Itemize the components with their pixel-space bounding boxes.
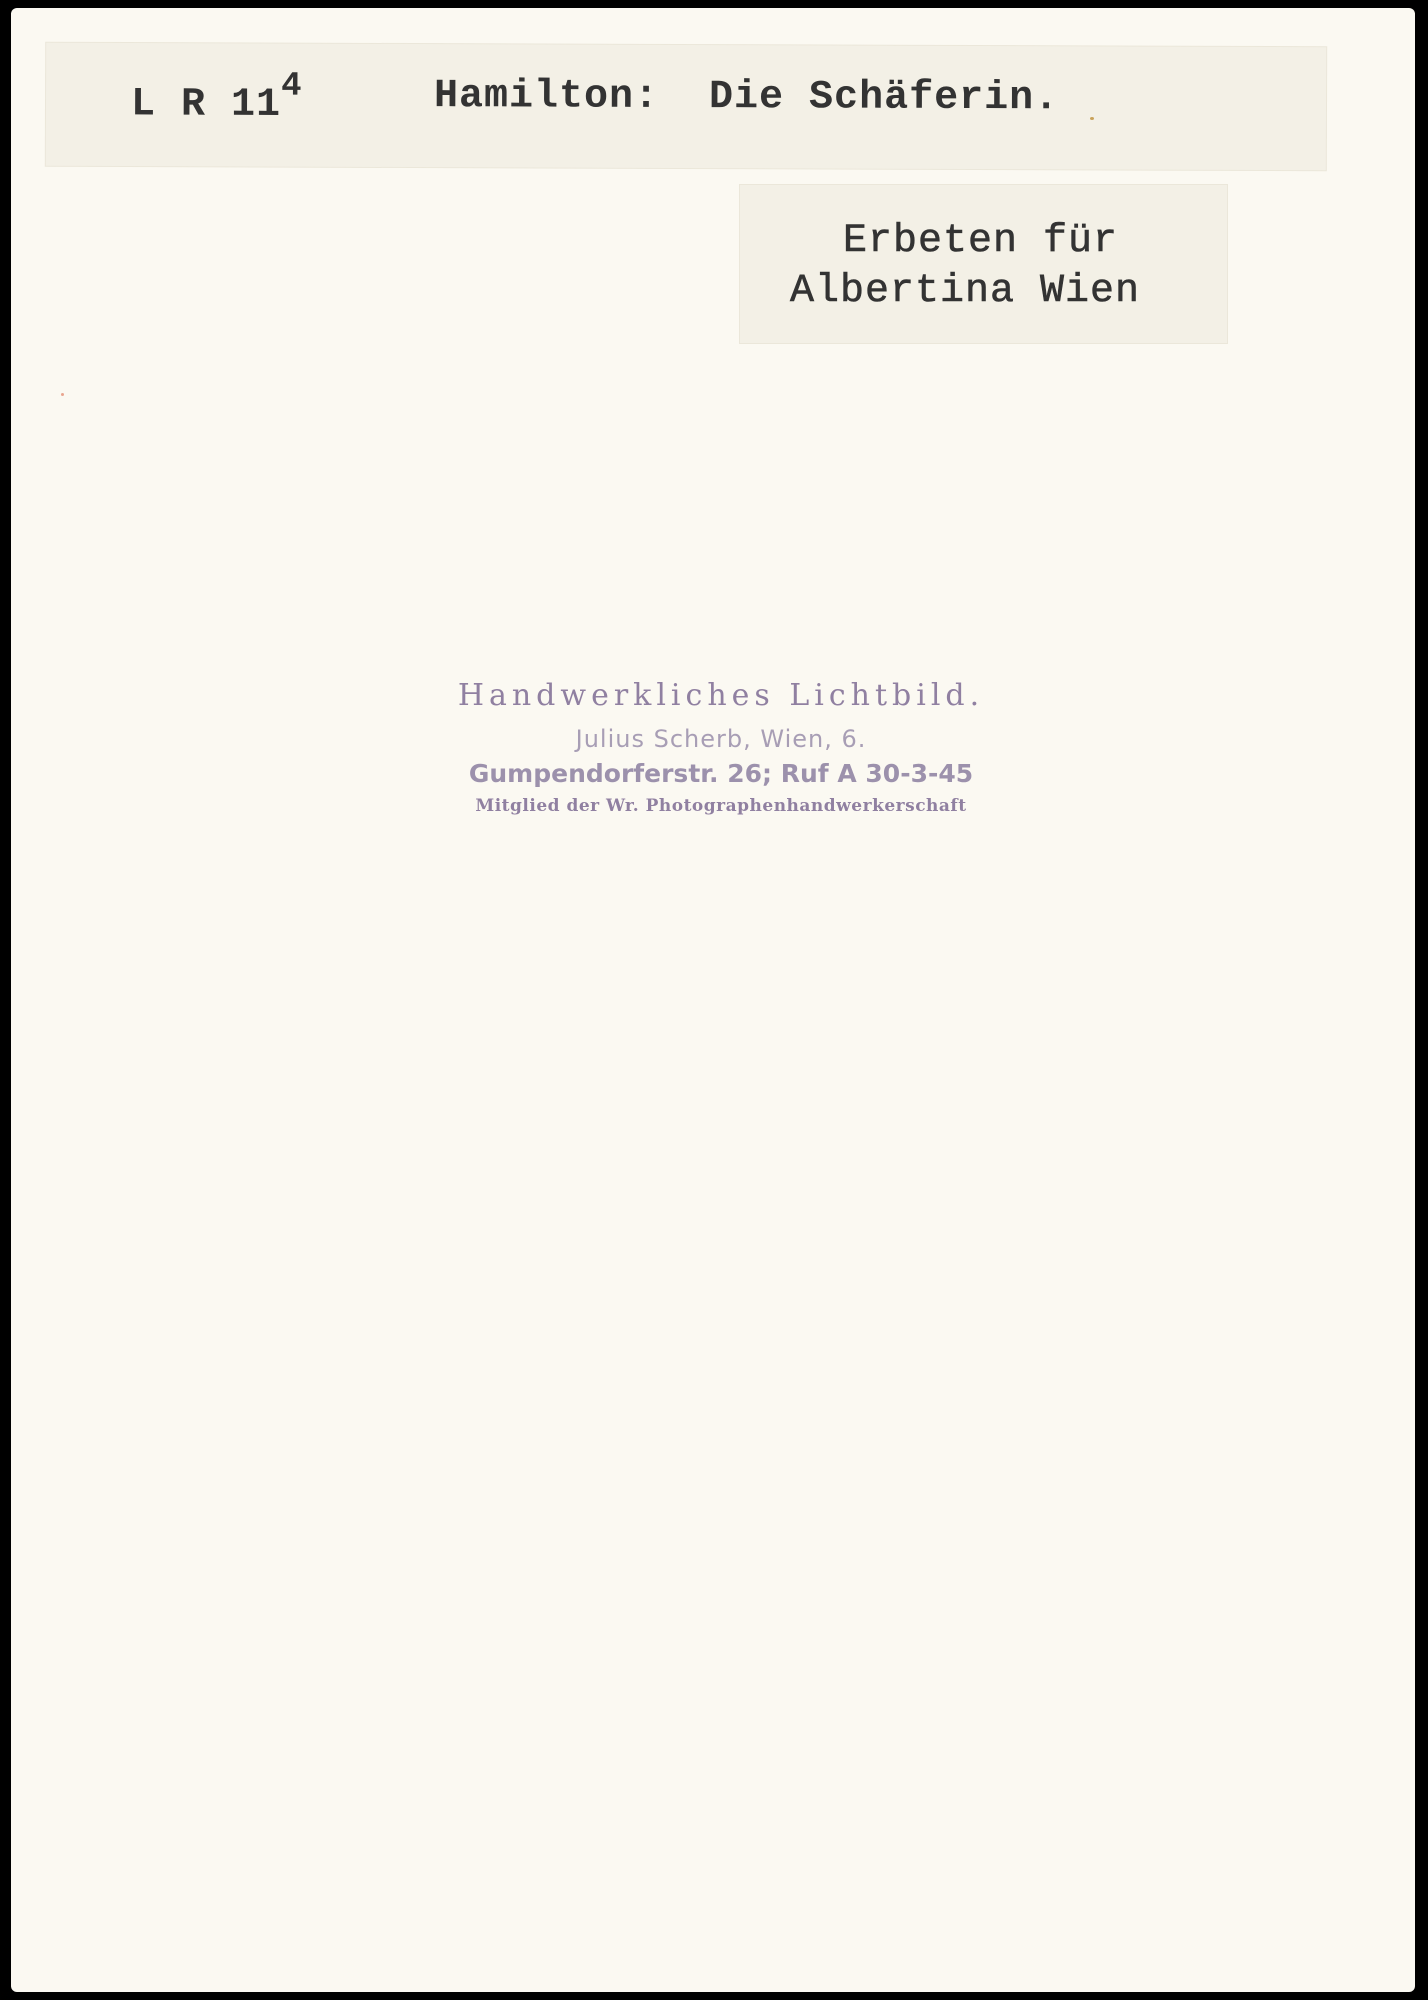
request-label: Erbeten für Albertina Wien bbox=[740, 185, 1227, 343]
stamp-line-4: Mitglied der Wr. Photographenhandwerkers… bbox=[421, 796, 1021, 816]
reference-number: L R 114 bbox=[131, 73, 303, 128]
ink-speck bbox=[1090, 117, 1094, 120]
photo-verso-paper: L R 114 Hamilton: Die Schäferin. Erbeten… bbox=[11, 8, 1415, 1992]
request-line-2: Albertina Wien bbox=[790, 269, 1140, 314]
photographer-stamp: Handwerkliches Lichtbild. Julius Scherb,… bbox=[421, 668, 1021, 816]
title-label: L R 114 Hamilton: Die Schäferin. bbox=[46, 43, 1326, 170]
stamp-line-1: Handwerkliches Lichtbild. bbox=[421, 678, 1021, 713]
stamp-line-2: Julius Scherb, Wien, 6. bbox=[421, 725, 1021, 753]
red-speck bbox=[61, 393, 64, 396]
artwork-title: Hamilton: Die Schäferin. bbox=[434, 74, 1059, 121]
request-line-1: Erbeten für bbox=[843, 219, 1118, 264]
reference-superscript: 4 bbox=[281, 68, 303, 106]
stamp-line-3: Gumpendorferstr. 26; Ruf A 30-3-45 bbox=[421, 759, 1021, 788]
